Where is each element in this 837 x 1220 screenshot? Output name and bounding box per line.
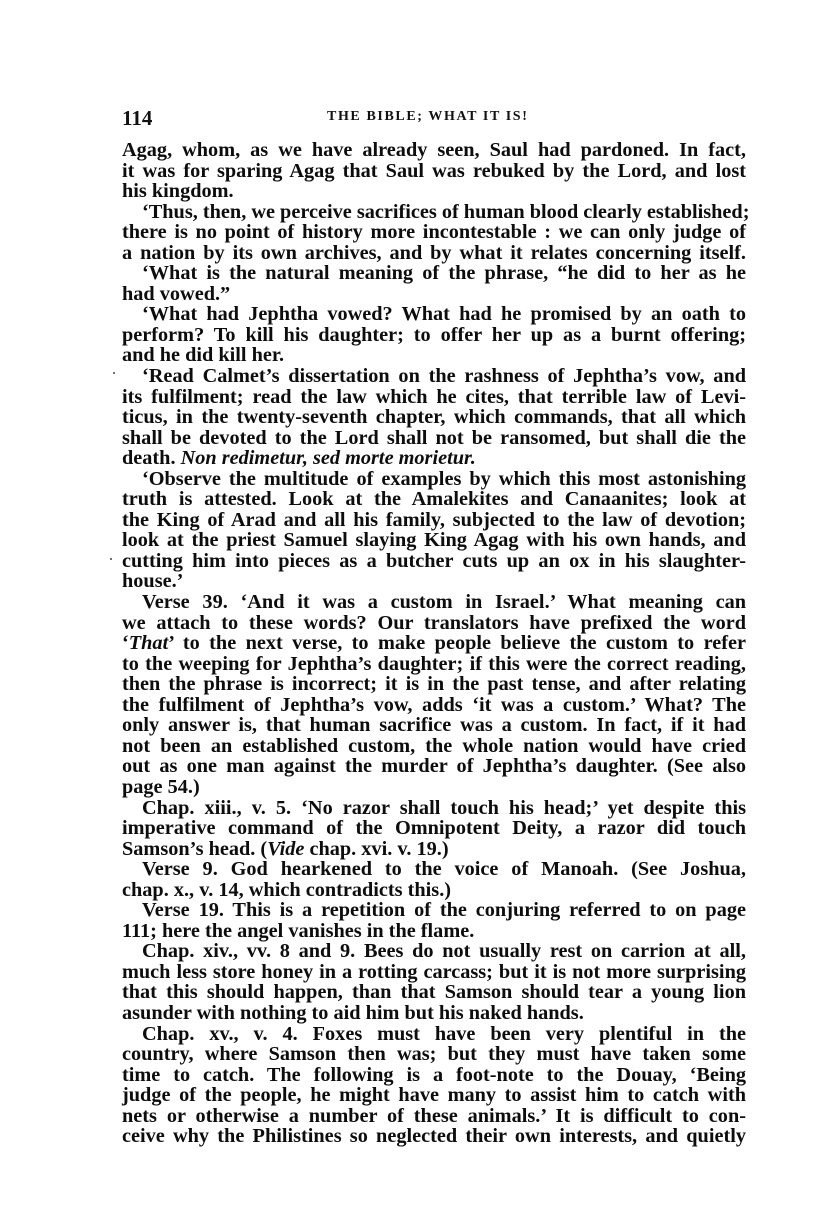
text-line: Agag, whom, as we have already seen, Sau… <box>122 140 746 161</box>
text-line: Samson’s head. (Vide chap. xvi. v. 19.) <box>122 839 746 860</box>
text-line: a nation by its own archives, and by wha… <box>122 243 746 264</box>
running-title: THE BIBLE; WHAT IT IS! <box>327 109 528 125</box>
text-line: Chap. xiv., vv. 8 and 9. Bees do not usu… <box>122 941 746 962</box>
text-line: truth is attested. Look at the Amalekite… <box>122 489 746 510</box>
text-line: its fulfilment; read the law which he ci… <box>122 387 746 408</box>
scan-speck <box>110 558 112 560</box>
text-line: country, where Samson then was; but they… <box>122 1044 746 1065</box>
text-line: Verse 19. This is a repetition of the co… <box>122 900 746 921</box>
text-line: page 54.) <box>122 777 746 798</box>
text-line: ticus, in the twenty-seventh chapter, wh… <box>122 407 746 428</box>
text-line: only answer is, that human sacrifice was… <box>122 715 746 736</box>
text-line: cutting him into pieces as a butcher cut… <box>122 551 746 572</box>
text-line: ‘That’ to the next verse, to make people… <box>122 633 746 654</box>
text-line: the King of Arad and all his family, sub… <box>122 510 746 531</box>
text-line: look at the priest Samuel slaying King A… <box>122 530 746 551</box>
text-line: there is no point of history more incont… <box>122 222 746 243</box>
text-line: perform? To kill his daughter; to offer … <box>122 325 746 346</box>
italic-text: Non redimetur, sed morte morietur. <box>181 447 476 469</box>
running-head: 114 THE BIBLE; WHAT IT IS! <box>122 106 746 132</box>
text-line: ‘Thus, then, we perceive sacrifices of h… <box>122 202 746 223</box>
italic-text: That <box>129 632 168 654</box>
text-line: Verse 9. God hearkened to the voice of M… <box>122 859 746 880</box>
text-line: death. Non redimetur, sed morte morietur… <box>122 448 746 469</box>
text-line: ‘What had Jephtha vowed? What had he pro… <box>122 304 746 325</box>
text-line: ‘Read Calmet’s dissertation on the rashn… <box>122 366 746 387</box>
text-line: and he did kill her. <box>122 345 746 366</box>
text-line: ‘What is the natural meaning of the phra… <box>122 263 746 284</box>
text-line: judge of the people, he might have many … <box>122 1085 746 1106</box>
text-line: much less store honey in a rotting carca… <box>122 962 746 983</box>
scanned-book-page: 114 THE BIBLE; WHAT IT IS! Agag, whom, a… <box>0 0 837 1220</box>
text-line: to the weeping for Jephtha’s daughter; i… <box>122 654 746 675</box>
text-line: then the phrase is incorrect; it is in t… <box>122 674 746 695</box>
text-line: 111; here the angel vanishes in the flam… <box>122 921 746 942</box>
text-line: shall be devoted to the Lord shall not b… <box>122 428 746 449</box>
page-number: 114 <box>122 106 152 131</box>
text-line: Chap. xiii., v. 5. ‘No razor shall touch… <box>122 798 746 819</box>
text-line: asunder with nothing to aid him but his … <box>122 1003 746 1024</box>
text-line: Verse 39. ‘And it was a custom in Israel… <box>122 592 746 613</box>
text-line: time to catch. The following is a foot-n… <box>122 1065 746 1086</box>
text-line: Chap. xv., v. 4. Foxes must have been ve… <box>122 1024 746 1045</box>
text-line: out as one man against the murder of Jep… <box>122 756 746 777</box>
text-line: chap. x., v. 14, which contradicts this.… <box>122 880 746 901</box>
body-text: Agag, whom, as we have already seen, Sau… <box>122 140 746 1147</box>
scan-speck <box>113 372 115 374</box>
text-line: ‘Observe the multitude of examples by wh… <box>122 469 746 490</box>
text-line: imperative command of the Omnipotent Dei… <box>122 818 746 839</box>
text-line: his kingdom. <box>122 181 746 202</box>
text-line: it was for sparing Agag that Saul was re… <box>122 161 746 182</box>
text-line: not been an established custom, the whol… <box>122 736 746 757</box>
italic-text: Vide <box>267 838 304 860</box>
text-line: ceive why the Philistines so neglected t… <box>122 1126 746 1147</box>
text-line: had vowed.” <box>122 284 746 305</box>
text-line: house.’ <box>122 571 746 592</box>
text-line: the fulfilment of Jephtha’s vow, adds ‘i… <box>122 695 746 716</box>
text-line: we attach to these words? Our translator… <box>122 613 746 634</box>
text-line: that this should happen, than that Samso… <box>122 982 746 1003</box>
text-line: nets or otherwise a number of these anim… <box>122 1106 746 1127</box>
